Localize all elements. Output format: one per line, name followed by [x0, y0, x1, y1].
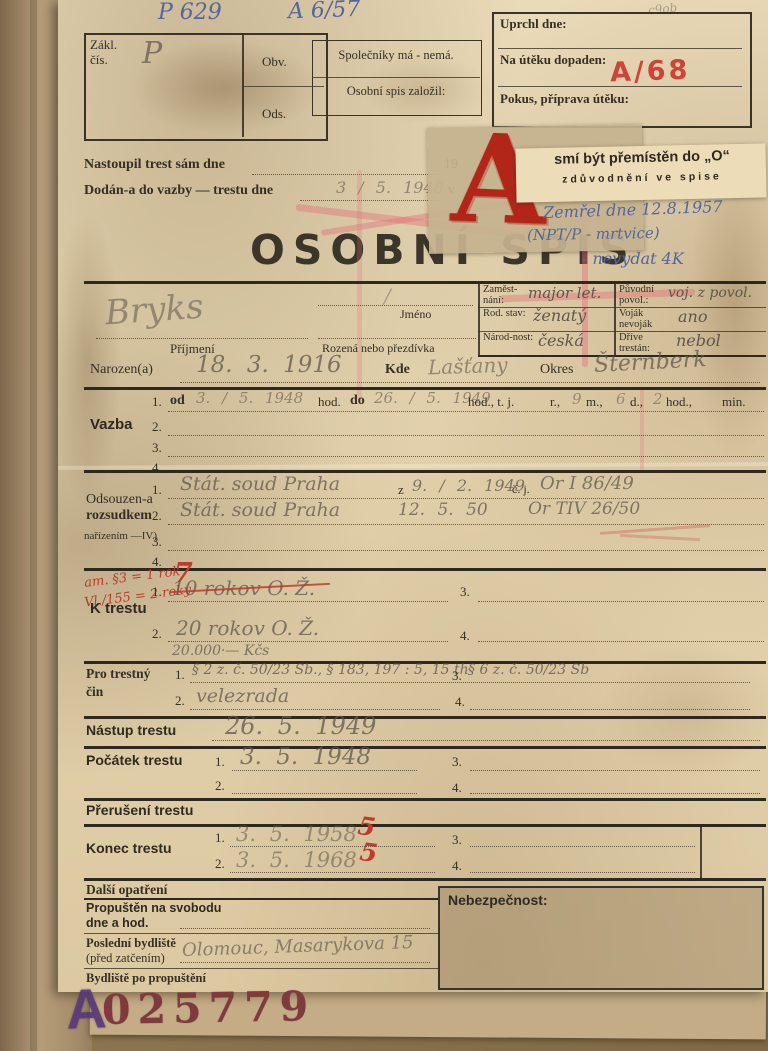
- row-number: 2.: [175, 693, 185, 709]
- convicted-label1: Odsouzen-a: [86, 492, 153, 508]
- prison-file-cover: P 629 A 6/57 c9ob Zákl. čís. P Obv. Ods.…: [0, 0, 768, 1051]
- last-residence-label1: Poslední bydliště: [86, 936, 176, 951]
- years-label: r.,: [550, 394, 560, 410]
- verdict1-court: Stát. soud Praha: [180, 473, 340, 495]
- sentence2-value: 20 rokov O. Ž.: [176, 616, 319, 640]
- convicted-label3: nařízením —IV): [84, 530, 157, 542]
- spine-crease: [30, 0, 37, 1051]
- danger-label: Nebezpečnost:: [448, 892, 548, 908]
- soldier-label: Voják nevoják: [619, 308, 671, 330]
- file-opened-label: Osobní spis založil:: [312, 84, 480, 99]
- cis-label: čís.: [90, 52, 108, 68]
- companions-label: Společníky má - nemá.: [312, 48, 480, 63]
- crime1-value: § 2 z. č. 50/23 Sb., § 183, 197 : 5, 15 …: [192, 662, 469, 678]
- row-number: 4.: [452, 780, 462, 796]
- write-line: [230, 871, 435, 873]
- fine-value: 20.000·— Kčs: [172, 643, 269, 659]
- row-number: 2.: [152, 626, 162, 642]
- sentence-start-label: Nastoupil trest sám dne: [84, 157, 225, 173]
- write-line: [168, 640, 448, 642]
- write-line: [168, 549, 764, 551]
- row-number: 2.: [215, 856, 225, 872]
- write-line: [470, 871, 695, 873]
- occupation-value: major let.: [528, 284, 601, 302]
- section-rule: [84, 824, 766, 827]
- write-line: [470, 845, 695, 847]
- days-label: d.,: [630, 394, 643, 410]
- write-line: [498, 85, 742, 87]
- sentence-section-label: K trestu: [90, 600, 147, 617]
- convicted-label2: rozsudkem: [86, 508, 152, 524]
- escape-attempt-label: Pokus, příprava útěku:: [500, 91, 629, 107]
- write-line: [190, 708, 440, 710]
- verdict1-ref: Or I 86/49: [540, 473, 634, 494]
- row-number: 1.: [215, 830, 225, 846]
- write-line: [180, 927, 430, 929]
- ods-label: Ods.: [262, 106, 286, 122]
- sentence-start-value: 26. 5. 1949: [225, 712, 376, 740]
- sentence-end2-value: 3. 5. 1968: [236, 848, 357, 872]
- zakl-label: Zákl.: [90, 37, 117, 53]
- released-label1: Propuštěn na svobodu: [86, 901, 221, 915]
- crime-label1: Pro trestný: [86, 666, 150, 682]
- soldier-value: ano: [678, 307, 707, 326]
- write-line: [212, 739, 760, 741]
- orig-occupation-value: voj. z povol.: [668, 285, 752, 301]
- from-label: od: [170, 393, 185, 409]
- row-number: 2.: [152, 508, 162, 524]
- write-line: [180, 381, 760, 383]
- section-rule: [84, 878, 766, 881]
- district-label: Okres: [540, 362, 573, 378]
- where-label: Kde: [385, 362, 410, 378]
- crime3-value: § 6 z. č. 50/23 Sb: [468, 662, 589, 678]
- marital-value: ženatý: [533, 306, 586, 325]
- pencil-mark: /: [384, 284, 391, 308]
- verdict2-court: Stát. soud Praha: [180, 499, 340, 521]
- write-line: [300, 199, 440, 201]
- grid-line: [700, 824, 702, 878]
- sentence-end-section-label: Konec trestu: [86, 840, 172, 856]
- section-rule: [84, 967, 438, 969]
- row-number: 4.: [152, 460, 162, 476]
- verdict2-ref: Or TIV 26/50: [528, 499, 640, 519]
- hod-label: hod.: [318, 394, 341, 410]
- released-label2: dne a hod.: [86, 916, 149, 930]
- cj-label: č. j.: [512, 482, 530, 497]
- zakl-value: P: [142, 36, 162, 71]
- file-code-right: A 6/57: [288, 0, 361, 24]
- row-number: 3.: [152, 534, 162, 550]
- row-number: 4.: [455, 694, 465, 710]
- where-value: Lašťany: [428, 353, 508, 380]
- file-code-left: P 629: [158, 0, 222, 25]
- to-label: do: [350, 393, 365, 409]
- section-rule: [84, 798, 766, 801]
- row-number: 1.: [215, 754, 225, 770]
- months-label: m.,: [586, 394, 603, 410]
- write-line: [470, 792, 760, 794]
- obv-label: Obv.: [262, 54, 287, 70]
- row-number: 1.: [175, 667, 185, 683]
- row-number: 4.: [452, 858, 462, 874]
- death-note-line3: - nevydat 4K: [582, 249, 684, 268]
- write-line: [232, 792, 417, 794]
- verdict1-date: 9. / 2. 1949: [412, 476, 525, 495]
- basic-number-box: [84, 33, 328, 141]
- write-line: [168, 600, 448, 602]
- born-value: 18. 3. 1916: [196, 352, 342, 378]
- write-line: [318, 304, 473, 306]
- further-measures-label: Další opatření: [86, 882, 167, 898]
- row-number: 2.: [152, 419, 162, 435]
- crime-label2: čin: [86, 684, 103, 700]
- serial-number-stamp: 025779: [102, 982, 316, 1034]
- firstname-label: Jméno: [400, 307, 431, 322]
- write-line: [478, 600, 764, 602]
- row-number: 2.: [215, 778, 225, 794]
- write-line: [470, 708, 750, 710]
- row-number: 1.: [152, 394, 162, 410]
- months-value: 9: [572, 390, 582, 408]
- sentence-begin-value: 3. 5. 1948: [240, 744, 371, 770]
- tj-label: hod., t. j.: [468, 394, 514, 410]
- row-number: 4.: [460, 628, 470, 644]
- a68-stamp: A/68: [609, 55, 690, 89]
- surname-value: Bryks: [104, 287, 205, 334]
- sentence-begin-section-label: Počátek trestu: [86, 752, 182, 768]
- days-value: 6: [616, 390, 626, 408]
- crime2-value: velezrada: [196, 685, 289, 707]
- orig-occupation-label: Původní povol.:: [619, 284, 671, 306]
- death-note-line2: (NPT/P - mrtvice): [527, 224, 660, 244]
- marital-label: Rod. stav:: [483, 308, 535, 319]
- row-number: 3.: [452, 832, 462, 848]
- interruption-section-label: Přerušení trestu: [86, 802, 193, 818]
- section-rule: [84, 746, 766, 749]
- custody-label: Dodán-a do vazby — trestu dne: [84, 183, 273, 199]
- grid-line: [614, 281, 616, 356]
- write-line: [168, 410, 764, 412]
- write-line: [498, 47, 742, 49]
- recaptured-label: Na útěku dopaden:: [500, 52, 606, 68]
- custody-from-value: 3. / 5. 1948: [196, 389, 303, 407]
- hours-label: hod.,: [666, 394, 692, 410]
- box-divider: [312, 76, 480, 78]
- row-number: 3.: [460, 584, 470, 600]
- row-number: 1.: [152, 584, 162, 600]
- write-line: [230, 845, 435, 847]
- section-rule: [84, 716, 766, 719]
- custody-section-label: Vazba: [90, 416, 133, 433]
- nationality-value: česká: [538, 331, 584, 350]
- grid-line: [478, 281, 480, 356]
- write-line: [168, 434, 764, 436]
- row-number: 1.: [152, 482, 162, 498]
- sentence-start-section-label: Nástup trestu: [86, 722, 176, 738]
- write-line: [180, 961, 430, 963]
- escaped-label: Uprchl dne:: [500, 16, 567, 32]
- hours-value: 2: [653, 390, 663, 408]
- row-number: 3.: [152, 440, 162, 456]
- write-line: [168, 523, 764, 525]
- write-line: [96, 337, 308, 339]
- sentence-end1-value: 3. 5. 1958: [236, 822, 357, 846]
- write-line: [252, 173, 440, 175]
- section-rule: [84, 898, 438, 900]
- write-line: [232, 769, 417, 771]
- verdict2-date: 12. 5. 50: [398, 500, 488, 520]
- nationality-label: Národ-nost:: [483, 332, 535, 343]
- z-label: z: [398, 482, 404, 498]
- min-label: min.: [722, 394, 745, 410]
- write-line: [168, 455, 764, 457]
- write-line: [478, 640, 764, 642]
- row-number: 3.: [452, 754, 462, 770]
- write-line: [318, 337, 476, 339]
- write-line: [470, 769, 760, 771]
- born-label: Narozen(a): [90, 362, 153, 378]
- write-line: [190, 681, 750, 683]
- last-residence-label2: (před zatčením): [86, 951, 165, 966]
